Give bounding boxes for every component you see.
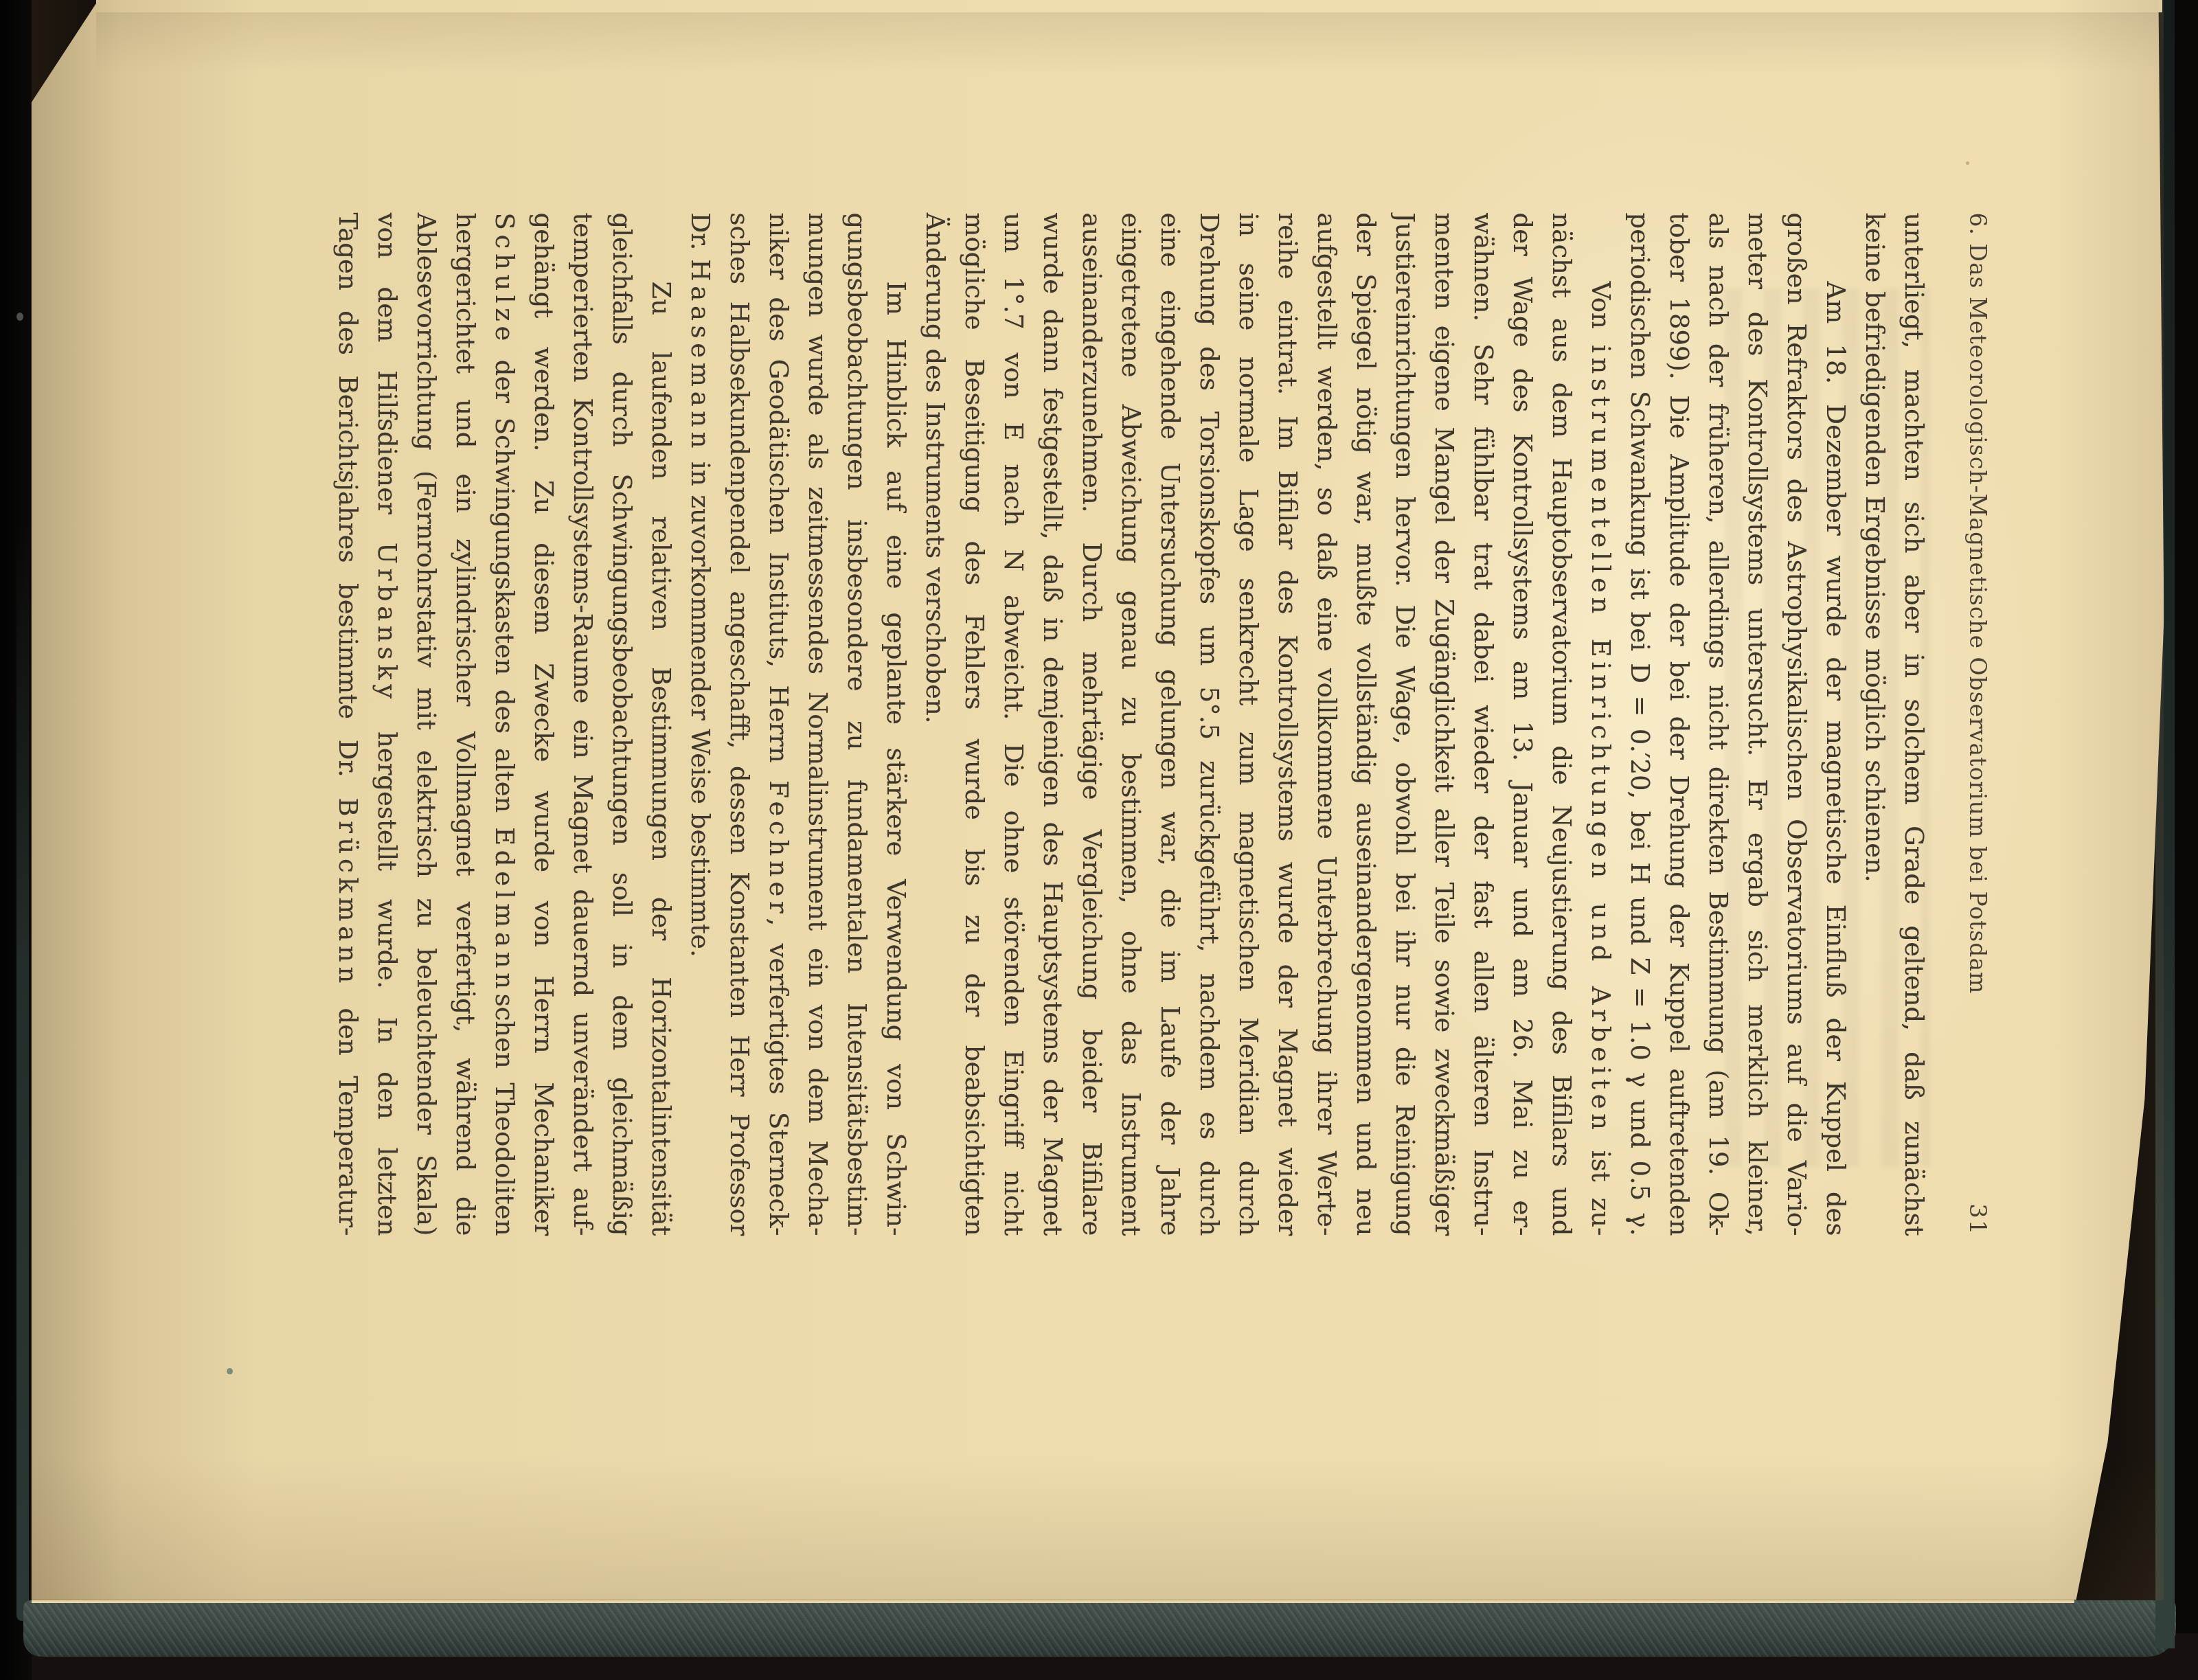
body-line: wurde dann festgestellt, daß in demjenig… xyxy=(1033,213,1072,1236)
body-line: Schulze der Schwingungskasten des alten … xyxy=(485,213,524,1236)
text-run: , verfertigtes Sterneck- xyxy=(764,918,793,1236)
paragraph: Zu laufenden relativen Bestimmungen der … xyxy=(328,213,681,1236)
text-run: in zuvorkommender Weise bestimmte. xyxy=(686,453,715,957)
body-line: menten eigene Mangel der Zugänglichkeit … xyxy=(1425,213,1464,1236)
text-run: Zu laufenden relativen Bestimmungen der … xyxy=(646,282,676,1236)
text-run: wähnen. Sehr fühlbar trat dabei wieder d… xyxy=(1469,213,1498,1236)
body-line: der Spiegel nötig war, mußte vollständig… xyxy=(1346,213,1385,1236)
letterspaced-text: Schulze xyxy=(490,213,519,346)
text-run: wurde dann festgestellt, daß in demjenig… xyxy=(1038,213,1067,1236)
paragraph: Am 18. Dezember wurde der magnetische Ei… xyxy=(1620,213,1855,1236)
dust-speck xyxy=(1966,161,1969,165)
text-run: Justiereinrichtungen hervor. Die Wage, o… xyxy=(1390,213,1420,1236)
text-run: Drehung des Torsionskopfes um 5°.5 zurüc… xyxy=(1194,213,1224,1236)
letterspaced-text: Fechner xyxy=(764,780,793,918)
letterspaced-text: Haasemann xyxy=(686,259,715,453)
text-run: nächst aus dem Hauptobservatorium die Ne… xyxy=(1547,213,1576,1236)
body-line: Dr. Haasemann in zuvorkommender Weise be… xyxy=(681,213,720,1236)
text-run: tober 1899). Die Amplitude der bei der D… xyxy=(1664,213,1694,1236)
letterspaced-text: instrumentellen Einrichtungen und Arbeit… xyxy=(1586,345,1616,1135)
paragraph: Im Hinblick auf eine geplante stärkere V… xyxy=(681,213,916,1236)
text-run: großen Refraktors des Astrophysikalische… xyxy=(1782,213,1811,1236)
body-line: Tagen des Berichtsjahres bestimmte Dr. B… xyxy=(328,213,367,1236)
letterspaced-text: Edelmann xyxy=(490,827,519,994)
text-run: hergestellt wurde. In den letzten xyxy=(372,703,402,1236)
text-run: Änderung des Instruments verschoben. xyxy=(920,213,950,724)
body-line: wähnen. Sehr fühlbar trat dabei wieder d… xyxy=(1464,213,1503,1236)
text-run: der Spiegel nötig war, mußte vollständig… xyxy=(1351,213,1381,1236)
body-line: aufgestellt werden, so daß eine vollkomm… xyxy=(1307,213,1346,1236)
body-line: mögliche Beseitigung des Fehlers wurde b… xyxy=(955,213,994,1236)
body-line: auseinanderzunehmen. Durch mehrtägige Ve… xyxy=(1072,213,1111,1236)
body-line: Zu laufenden relativen Bestimmungen der … xyxy=(642,213,681,1236)
letterspaced-text: Urbansky xyxy=(372,543,402,703)
text-run: Am 18. Dezember wurde der magnetische Ei… xyxy=(1821,282,1850,1236)
text-run: sches Halbsekundenpendel angeschafft, de… xyxy=(725,213,754,1236)
text-run: auseinanderzunehmen. Durch mehrtägige Ve… xyxy=(1077,213,1107,1236)
body-line: Im Hinblick auf eine geplante stärkere V… xyxy=(876,213,916,1236)
text-run: mungen wurde als zeitmessendes Normalins… xyxy=(803,213,832,1236)
body-line: Änderung des Instruments verschoben. xyxy=(916,213,955,1236)
text-block: unterliegt, machten sich aber in solchem… xyxy=(328,213,1934,1236)
body-line: in seine normale Lage senkrecht zum magn… xyxy=(1229,213,1268,1236)
body-line: eine eingehende Untersuchung gelungen wa… xyxy=(1151,213,1190,1236)
body-line: Ablesevorrichtung (Fernrohrstativ mit el… xyxy=(407,213,446,1236)
body-line: temperierten Kontrollsystems-Raume ein M… xyxy=(563,213,602,1236)
text-run: gehängt werden. Zu diesem Zwecke wurde v… xyxy=(529,213,558,1236)
body-line: hergerichtet und ein zylindrischer Vollm… xyxy=(446,213,485,1236)
body-line: Von instrumentellen Einrichtungen und Ar… xyxy=(1581,213,1620,1236)
body-line: gungsbeobachtungen insbesondere zu funda… xyxy=(837,213,876,1236)
body-line: der Wage des Kontrollsystems am 13. Janu… xyxy=(1503,213,1542,1236)
text-run: den Temperatur- xyxy=(333,988,363,1236)
text-run: Ablesevorrichtung (Fernrohrstativ mit el… xyxy=(411,213,441,1236)
body-line: sches Halbsekundenpendel angeschafft, de… xyxy=(720,213,759,1236)
dust-speck xyxy=(227,1368,233,1374)
body-line: Am 18. Dezember wurde der magnetische Ei… xyxy=(1816,213,1855,1236)
text-run: Dr. xyxy=(686,213,715,260)
body-line: tober 1899). Die Amplitude der bei der D… xyxy=(1659,213,1699,1236)
running-head: 6. Das Meteorologisch-Magnetische Observ… xyxy=(1960,213,1991,1236)
text-run: aufgestellt werden, so daß eine vollkomm… xyxy=(1312,213,1341,1236)
body-line: gleichfalls durch Schwingungsbeobachtung… xyxy=(602,213,642,1236)
body-line: als nach der früheren, allerdings nicht … xyxy=(1699,213,1738,1236)
text-run: gungsbeobachtungen insbesondere zu funda… xyxy=(842,213,872,1236)
text-run: Von xyxy=(1586,282,1616,345)
text-run: der Wage des Kontrollsystems am 13. Janu… xyxy=(1508,213,1537,1236)
text-run: in seine normale Lage senkrecht zum magn… xyxy=(1234,213,1263,1236)
text-run: niker des Geodätischen Instituts, Herrn xyxy=(764,213,793,781)
body-line: um 1°.7 von E nach N abweicht. Die ohne … xyxy=(994,213,1033,1236)
body-line: periodischen Schwankung ist bei D = 0.′2… xyxy=(1620,213,1659,1236)
body-line: nächst aus dem Hauptobservatorium die Ne… xyxy=(1542,213,1581,1236)
scanned-book-photo: { "document": { "header": { "title": "6.… xyxy=(0,0,2198,1680)
text-run: Tagen des Berichtsjahres bestimmte Dr. xyxy=(333,213,363,798)
page-number: 31 xyxy=(1964,1203,1991,1236)
body-line: keine befriedigenden Ergebnisse möglich … xyxy=(1855,213,1894,1236)
text-run: schen Theodoliten xyxy=(490,994,519,1236)
body-line: von dem Hilfsdiener Urbansky hergestellt… xyxy=(367,213,407,1236)
text-run: ist zu- xyxy=(1586,1135,1616,1236)
paragraph: unterliegt, machten sich aber in solchem… xyxy=(1855,213,1934,1236)
text-run: menten eigene Mangel der Zugänglichkeit … xyxy=(1429,213,1459,1236)
text-run: gleichfalls durch Schwingungsbeobachtung… xyxy=(607,213,637,1236)
text-run: Im Hinblick auf eine geplante stärkere V… xyxy=(881,282,911,1236)
dust-speck xyxy=(16,313,23,321)
text-run: meter des Kontrollsystems untersucht. Er… xyxy=(1743,213,1772,1236)
text-run: keine befriedigenden Ergebnisse möglich … xyxy=(1860,213,1890,883)
book-cover-bottom xyxy=(23,1600,2176,1657)
text-run: periodischen Schwankung ist bei D = 0.′2… xyxy=(1625,213,1655,1236)
body-line: mungen wurde als zeitmessendes Normalins… xyxy=(798,213,837,1236)
chapter-title: 6. Das Meteorologisch-Magnetische Observ… xyxy=(1964,213,1991,995)
letterspaced-text: Brückmann xyxy=(333,797,363,988)
text-run: eine eingehende Untersuchung gelungen wa… xyxy=(1155,213,1185,1236)
text-run: unterliegt, machten sich aber in solchem… xyxy=(1899,213,1929,1236)
body-line: reihe eintrat. Im Bifilar des Kontrollsy… xyxy=(1268,213,1307,1236)
book-cover-left-edge xyxy=(16,522,29,1621)
body-line: gehängt werden. Zu diesem Zwecke wurde v… xyxy=(524,213,563,1236)
body-line: meter des Kontrollsystems untersucht. Er… xyxy=(1738,213,1777,1236)
text-run: um 1°.7 von E nach N abweicht. Die ohne … xyxy=(999,213,1028,1236)
body-line: eingetretene Abweichung genau zu bestimm… xyxy=(1111,213,1151,1236)
text-run: temperierten Kontrollsystems-Raume ein M… xyxy=(568,213,598,1236)
paragraph: Von instrumentellen Einrichtungen und Ar… xyxy=(916,213,1620,1236)
text-run: von dem Hilfsdiener xyxy=(372,213,402,543)
text-run: mögliche Beseitigung des Fehlers wurde b… xyxy=(960,213,989,1236)
text-run: eingetretene Abweichung genau zu bestimm… xyxy=(1116,213,1146,1236)
body-line: niker des Geodätischen Instituts, Herrn … xyxy=(759,213,798,1236)
text-run: der Schwingungskasten des alten xyxy=(490,345,519,827)
body-line: großen Refraktors des Astrophysikalische… xyxy=(1777,213,1816,1236)
text-run: reihe eintrat. Im Bifilar des Kontrollsy… xyxy=(1273,213,1302,1236)
page-sheet: 6. Das Meteorologisch-Magnetische Observ… xyxy=(32,0,2164,1600)
body-line: Drehung des Torsionskopfes um 5°.5 zurüc… xyxy=(1190,213,1229,1236)
text-run: hergerichtet und ein zylindrischer Vollm… xyxy=(451,213,480,1236)
text-run: als nach der früheren, allerdings nicht … xyxy=(1703,213,1733,1236)
body-line: Justiereinrichtungen hervor. Die Wage, o… xyxy=(1385,213,1425,1236)
body-line: unterliegt, machten sich aber in solchem… xyxy=(1894,213,1934,1236)
